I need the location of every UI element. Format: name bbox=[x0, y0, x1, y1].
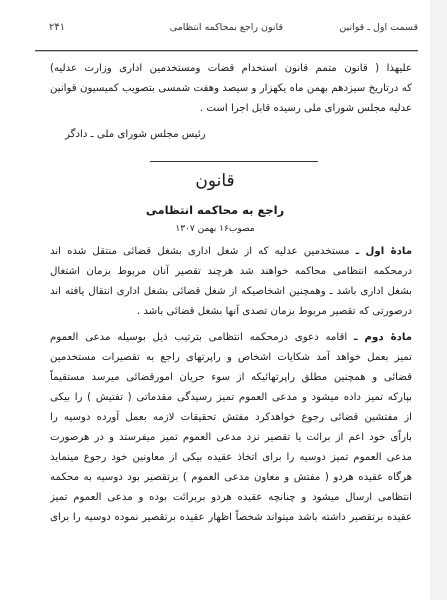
law-subtitle: راجع به محاکمه انتظامی bbox=[0, 203, 430, 217]
article-2: مادهٔ دوم ـ اقامه دعوی درمحکمه انتظامی ب… bbox=[50, 328, 412, 528]
text-line: مدعی العموم تمیز دوسیه را برای اتخاذ عقی… bbox=[50, 448, 412, 468]
text-line: از مفتشین قضائی رجوع خواهدکرد مفتش تحقیق… bbox=[50, 408, 412, 428]
text-line: قضائی و همچنین مطلق راپرتهائیکه از سوء ج… bbox=[50, 368, 412, 388]
signature: رئیس مجلس شورای ملی ـ دادگر bbox=[65, 129, 206, 140]
article-1: مادهٔ اول ـ مستخدمین عدلیه که از شغل ادا… bbox=[50, 242, 412, 322]
law-title: قانون bbox=[0, 171, 430, 191]
article-text: مستخدمین عدلیه که از شغل اداری بشغل قضائ… bbox=[50, 246, 356, 257]
scanned-page: قسمت اول ـ قوانین قانون راجع بمحاکمه انت… bbox=[0, 0, 430, 600]
text-line: تمیز بعمل خواهد آمد شکایات اشخاص و راپرت… bbox=[50, 348, 412, 368]
page-number: ۲۴۱ bbox=[49, 22, 65, 33]
page-edge-strip bbox=[430, 0, 447, 600]
separator-rule bbox=[150, 161, 318, 162]
law-date: مصوب۱۶ بهمن ۱۳۰۷ bbox=[0, 224, 430, 234]
text-line: عقیده برتقصیر داشته باشد میتواند شخصاً ا… bbox=[50, 508, 412, 528]
intro-paragraph: علیهذا ( قانون متمم قانون استخدام قضات و… bbox=[50, 59, 412, 119]
running-head: قسمت اول ـ قوانین قانون راجع بمحاکمه انت… bbox=[35, 20, 418, 36]
text-line: باراًی خود اعم از برائت یا تقصیر نزد مدع… bbox=[50, 428, 412, 448]
text-line: مادهٔ دوم ـ اقامه دعوی درمحکمه انتظامی ب… bbox=[50, 328, 412, 348]
text-line: درصورتی که تقصیر مربوط بزمان تصدی آنها ب… bbox=[50, 302, 412, 322]
text-line: بپارکه تمیز داده میشود و مدعی العموم تمی… bbox=[50, 388, 412, 408]
running-head-section: قسمت اول ـ قوانین bbox=[339, 22, 418, 33]
article-text: اقامه دعوی درمحکمه انتظامی بترتیب ذیل بو… bbox=[50, 332, 354, 343]
text-line: مادهٔ اول ـ مستخدمین عدلیه که از شغل ادا… bbox=[50, 242, 412, 262]
header-rule bbox=[35, 50, 418, 51]
text-line: که درتاریخ سیزدهم بهمن ماه یکهزار و سیصد… bbox=[50, 79, 412, 99]
article-label: مادهٔ دوم ـ bbox=[354, 332, 412, 343]
text-line: هرگاه عقیده هردو ( مفتش و معاون مدعی الع… bbox=[50, 468, 412, 488]
text-line: درمحکمه انتظامی محاکمه خواهند شد هرچند ت… bbox=[50, 262, 412, 282]
article-label: مادهٔ اول ـ bbox=[356, 246, 412, 257]
text-line: بشغل اداری باشد ـ وهمچنین اشخاصیکه از شغ… bbox=[50, 282, 412, 302]
text-line: انتظامی ارسال میشود و چنانچه عقیده هردو … bbox=[50, 488, 412, 508]
text-line: عدلیه مجلس شورای ملی رسیده قابل اجرا است… bbox=[50, 99, 412, 119]
running-head-title: قانون راجع بمحاکمه انتظامی bbox=[170, 22, 283, 33]
text-line: علیهذا ( قانون متمم قانون استخدام قضات و… bbox=[50, 59, 412, 79]
